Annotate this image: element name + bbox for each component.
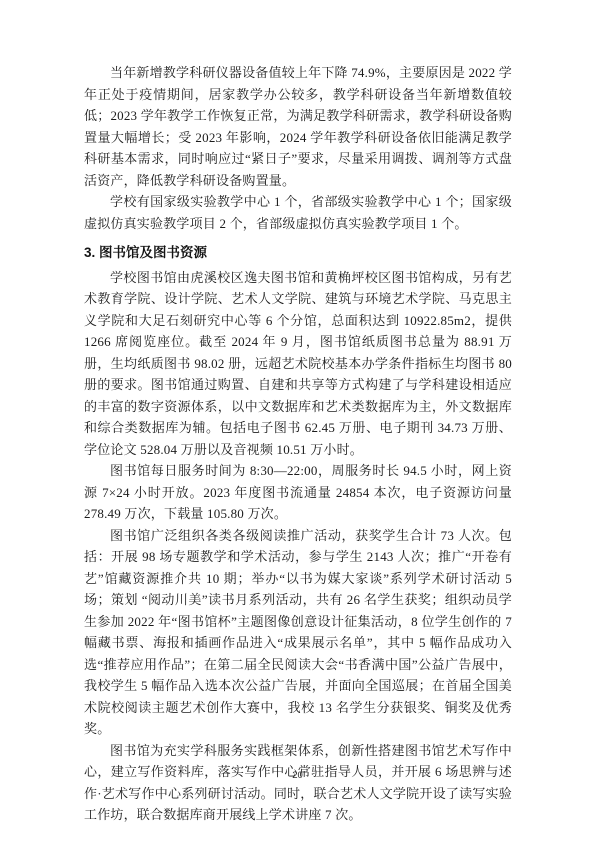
paragraph: 图书馆每日服务时间为 8:30—22:00，周服务时长 94.5 小时，网上资源… <box>84 460 512 525</box>
paragraph: 图书馆广泛组织各类各级阅读推广活动，获奖学生合计 73 人次。包括：开展 98 … <box>84 525 512 740</box>
document-body: 当年新增教学科研仪器设备值较上年下降 74.9%，主要原因是 2022 学年正处… <box>84 62 512 826</box>
document-page: 当年新增教学科研仪器设备值较上年下降 74.9%，主要原因是 2022 学年正处… <box>0 0 595 842</box>
paragraph: 当年新增教学科研仪器设备值较上年下降 74.9%，主要原因是 2022 学年正处… <box>84 62 512 191</box>
paragraph: 学校有国家级实验教学中心 1 个，省部级实验教学中心 1 个；国家级虚拟仿真实验… <box>84 191 512 234</box>
paragraph: 学校图书馆由虎溪校区逸夫图书馆和黄桷坪校区图书馆构成，另有艺术教育学院、设计学院… <box>84 267 512 461</box>
section-heading: 3. 图书馆及图书资源 <box>84 242 512 264</box>
page-number: 20 <box>0 770 595 781</box>
paragraph: 图书馆为充实学科服务实践框架体系，创新性搭建图书馆艺术写作中心，建立写作资料库，… <box>84 740 512 826</box>
